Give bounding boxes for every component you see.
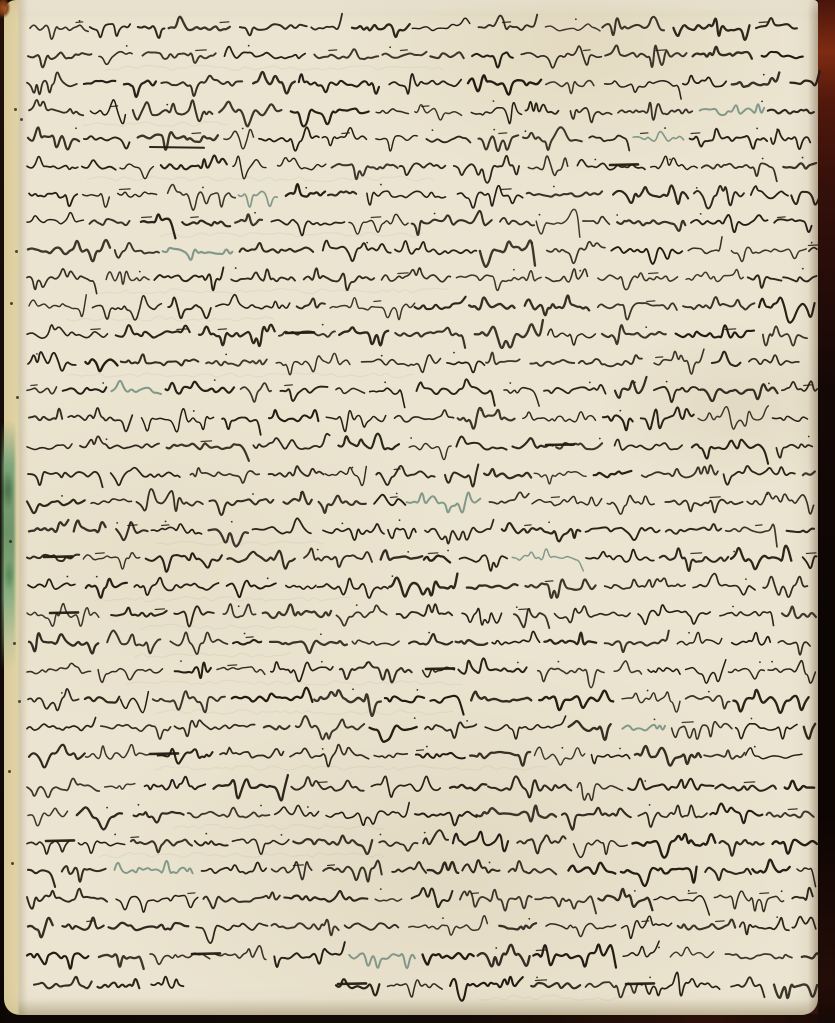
- handwriting-word-stroke: [329, 50, 337, 51]
- handwriting-word-stroke: [635, 746, 701, 765]
- handwriting-word-stroke: [84, 81, 115, 84]
- handwriting-word-stroke: [489, 492, 528, 503]
- handwriting-word-stroke: [325, 467, 366, 486]
- handwriting-word-stroke: [27, 778, 99, 797]
- handwriting-word-stroke: [27, 157, 78, 170]
- handwriting-word-stroke: [101, 725, 171, 739]
- handwriting-word-stroke: [345, 923, 399, 930]
- handwriting-word-stroke: [87, 176, 433, 181]
- handwriting-word-stroke: [340, 662, 412, 682]
- ink-dot: [649, 804, 651, 806]
- handwriting-word-stroke: [142, 217, 152, 218]
- handwriting-word-stroke: [196, 923, 267, 943]
- handwriting-word-stroke: [275, 805, 319, 816]
- ink-dot: [808, 436, 810, 438]
- ink-dot: [802, 268, 804, 270]
- ink-dot: [811, 242, 813, 244]
- handwriting-word-stroke: [214, 775, 288, 800]
- handwriting-word-stroke: [749, 355, 799, 365]
- handwriting-word-stroke: [246, 637, 253, 638]
- handwriting-word-stroke: [656, 50, 667, 51]
- handwriting-word-stroke: [548, 329, 596, 345]
- handwriting-word-stroke: [614, 661, 641, 674]
- handwriting-word-stroke: [615, 440, 683, 450]
- handwriting-word-stroke: [472, 52, 513, 67]
- handwriting-word-stroke: [29, 745, 85, 768]
- handwriting-word-stroke: [536, 950, 546, 951]
- handwriting-word-stroke: [276, 353, 350, 374]
- handwriting-line: [28, 803, 814, 830]
- handwriting-word-stroke: [100, 853, 383, 858]
- handwriting-word-stroke: [336, 388, 365, 393]
- handwriting-word-stroke: [50, 612, 78, 613]
- ink-dot: [352, 467, 354, 469]
- ink-dot: [235, 267, 237, 269]
- handwriting-word-stroke: [175, 663, 211, 678]
- handwriting-word-stroke: [121, 692, 149, 713]
- ink-dot: [281, 834, 283, 836]
- handwriting-word-stroke: [693, 574, 755, 595]
- ink-dot: [669, 158, 671, 160]
- handwriting-word-stroke: [618, 103, 692, 120]
- handwriting-word-stroke: [28, 472, 103, 487]
- handwriting-word-stroke: [716, 921, 725, 922]
- handwriting-word-stroke: [763, 326, 807, 345]
- handwriting-word-stroke: [376, 109, 408, 114]
- handwriting-word-stroke: [470, 752, 530, 766]
- handwriting-word-stroke: [240, 243, 314, 253]
- ink-dot: [380, 184, 382, 186]
- handwriting-word-stroke: [724, 466, 795, 485]
- handwriting-word-stroke: [417, 379, 495, 405]
- handwriting-word-stroke: [690, 129, 768, 149]
- handwriting-word-stroke: [517, 835, 565, 853]
- handwriting-word-stroke: [651, 156, 698, 169]
- ink-dot: [79, 20, 81, 22]
- handwriting-word-stroke: [736, 724, 797, 739]
- handwriting-word-stroke: [323, 861, 381, 882]
- handwriting-word-stroke: [603, 415, 633, 430]
- handwriting-word-stroke: [77, 807, 122, 829]
- ink-dot: [244, 633, 246, 635]
- handwriting-word-stroke: [389, 574, 457, 597]
- handwriting-word-stroke: [523, 127, 582, 150]
- ink-dot: [664, 127, 666, 129]
- handwriting-word-stroke: [381, 550, 423, 559]
- ink-dot: [531, 242, 533, 244]
- ink-dot: [389, 46, 391, 48]
- handwriting-word-stroke: [545, 581, 553, 582]
- handwriting-word-stroke: [85, 359, 117, 371]
- handwriting-word-stroke: [778, 641, 810, 655]
- handwriting-word-stroke: [218, 329, 226, 330]
- ink-dot: [428, 632, 430, 634]
- handwriting-word-stroke: [177, 329, 188, 330]
- handwriting-word-stroke: [610, 164, 638, 165]
- handwriting-word-stroke: [388, 980, 443, 997]
- handwriting-word-stroke: [686, 660, 726, 683]
- handwriting-word-stroke: [158, 749, 213, 764]
- handwriting-word-stroke: [594, 471, 632, 477]
- handwriting-word-stroke: [570, 108, 611, 123]
- handwriting-word-stroke: [379, 841, 417, 851]
- handwriting-line: [28, 127, 810, 151]
- handwriting-word-stroke: [269, 466, 324, 476]
- ink-dot: [658, 947, 660, 949]
- handwriting-word-stroke: [691, 215, 768, 232]
- handwriting-word-stroke: [371, 217, 381, 218]
- handwriting-word-stroke: [28, 870, 55, 887]
- handwriting-word-stroke: [27, 444, 72, 450]
- handwriting-word-stroke: [783, 276, 816, 281]
- handwriting-word-stroke: [534, 472, 586, 484]
- handwriting-word-stroke: [486, 352, 520, 364]
- handwriting-word-stroke: [395, 410, 454, 422]
- handwriting-line: [29, 184, 819, 210]
- handwriting-word-stroke: [74, 520, 106, 532]
- handwriting-word-stroke: [134, 812, 184, 822]
- handwriting-word-stroke: [714, 891, 783, 911]
- handwriting-word-stroke: [423, 953, 474, 964]
- ink-dot: [61, 692, 63, 694]
- handwriting-word-stroke: [502, 523, 581, 541]
- handwriting-word-stroke: [28, 689, 79, 710]
- handwriting-word-stroke: [168, 297, 211, 318]
- handwriting-word-stroke: [562, 808, 631, 830]
- handwriting-word-stroke: [488, 776, 571, 797]
- handwriting-word-stroke: [216, 295, 290, 309]
- handwriting-word-stroke: [613, 186, 688, 204]
- handwriting-word-stroke: [199, 325, 275, 346]
- handwriting-word-stroke: [551, 497, 559, 498]
- handwriting-word-stroke: [602, 325, 666, 344]
- handwriting-word-stroke: [68, 373, 414, 378]
- handwriting-word-stroke: [460, 890, 532, 911]
- handwriting-word-stroke: [154, 267, 223, 290]
- handwriting-word-stroke: [710, 497, 720, 498]
- handwriting-word-stroke: [731, 977, 764, 997]
- ink-dot: [776, 128, 778, 130]
- handwriting-word-stroke: [62, 918, 103, 930]
- handwriting-word-stroke: [584, 50, 591, 51]
- handwriting-word-stroke: [128, 525, 137, 526]
- handwriting-word-stroke: [412, 888, 453, 907]
- handwriting-word-stroke: [231, 269, 295, 281]
- handwriting-word-stroke: [513, 438, 553, 448]
- handwriting-word-stroke: [589, 136, 629, 151]
- handwriting-word-stroke: [704, 750, 744, 759]
- handwriting-word-stroke: [409, 443, 451, 459]
- ink-dot: [242, 128, 244, 130]
- handwriting-word-stroke: [150, 147, 204, 148]
- handwriting-word-stroke: [389, 74, 461, 94]
- handwriting-word-stroke: [134, 578, 218, 595]
- ink-dot: [649, 976, 651, 978]
- ink-dot: [700, 213, 702, 215]
- handwriting-word-stroke: [190, 468, 259, 483]
- handwriting-word-stroke: [678, 920, 736, 930]
- handwriting-word-stroke: [27, 889, 107, 909]
- handwriting-line: [27, 941, 819, 969]
- handwriting-word-stroke: [133, 100, 213, 121]
- handwriting-word-stroke: [682, 722, 693, 723]
- handwriting-word-stroke: [27, 213, 83, 224]
- ink-dot: [634, 890, 636, 892]
- ink-dot: [525, 130, 527, 132]
- handwriting-line: [28, 45, 803, 71]
- ink-dot: [238, 605, 240, 607]
- handwriting-word-stroke: [512, 549, 583, 571]
- handwriting-line: [27, 209, 812, 238]
- handwriting-word-stroke: [376, 466, 434, 485]
- handwriting-word-stroke: [87, 921, 94, 922]
- handwriting-word-stroke: [326, 803, 409, 826]
- ink-dot: [696, 187, 698, 189]
- handwriting-line: [29, 631, 810, 658]
- handwriting-word-stroke: [447, 361, 485, 372]
- handwriting-line: [27, 604, 816, 630]
- handwriting-word-stroke: [519, 609, 530, 610]
- handwriting-word-stroke: [622, 916, 672, 938]
- handwriting-word-stroke: [756, 525, 762, 526]
- ink-speck: [14, 108, 17, 111]
- handwriting-line: [27, 156, 816, 183]
- handwriting-word-stroke: [284, 492, 312, 505]
- handwriting-word-stroke: [460, 555, 508, 571]
- handwriting-word-stroke: [34, 977, 92, 988]
- handwriting-word-stroke: [142, 409, 214, 432]
- handwriting-word-stroke: [725, 329, 735, 330]
- handwriting-word-stroke: [206, 360, 267, 366]
- handwriting-word-stroke: [233, 156, 266, 179]
- ink-dot: [180, 660, 182, 662]
- handwriting-word-stroke: [120, 164, 153, 179]
- handwriting-word-stroke: [530, 360, 574, 366]
- handwriting-word-stroke: [654, 387, 699, 402]
- handwriting-word-stroke: [145, 777, 206, 790]
- ink-dot: [754, 746, 756, 748]
- handwriting-word-stroke: [514, 609, 549, 628]
- handwriting-word-stroke: [28, 52, 91, 67]
- ink-dot: [599, 438, 601, 440]
- handwriting-word-stroke: [579, 355, 642, 366]
- handwriting-word-stroke: [462, 860, 499, 872]
- handwriting-word-stroke: [450, 784, 486, 790]
- handwriting-word-stroke: [478, 135, 518, 151]
- handwriting-word-stroke: [31, 385, 37, 386]
- handwriting-word-stroke: [376, 136, 418, 151]
- handwriting-word-stroke: [227, 581, 276, 598]
- handwriting-word-stroke: [504, 388, 539, 407]
- handwriting-word-stroke: [569, 721, 611, 740]
- handwriting-word-stroke: [131, 837, 139, 838]
- handwriting-word-stroke: [544, 633, 596, 645]
- ink-dot: [802, 157, 804, 159]
- handwriting-word-stroke: [284, 891, 367, 902]
- handwriting-word-stroke: [112, 106, 118, 107]
- handwriting-word-stroke: [86, 579, 127, 598]
- handwriting-word-stroke: [29, 100, 83, 115]
- handwriting-word-stroke: [296, 716, 364, 739]
- handwriting-word-stroke: [96, 553, 105, 554]
- ink-dot: [466, 720, 468, 722]
- handwriting-word-stroke: [412, 211, 492, 235]
- handwriting-word-stroke: [648, 668, 680, 674]
- handwriting-word-stroke: [349, 953, 415, 968]
- handwriting-word-stroke: [278, 158, 326, 170]
- handwriting-word-stroke: [342, 133, 350, 134]
- handwriting-word-stroke: [370, 726, 417, 742]
- handwriting-word-stroke: [477, 806, 556, 822]
- handwriting-word-stroke: [166, 382, 234, 394]
- handwriting-word-stroke: [654, 349, 704, 374]
- handwriting-word-stroke: [568, 863, 615, 874]
- ink-dot: [231, 521, 233, 523]
- handwriting-word-stroke: [385, 696, 424, 702]
- ink-dot: [575, 18, 577, 20]
- handwriting-word-stroke: [546, 269, 588, 282]
- handwriting-word-stroke: [401, 50, 408, 51]
- handwriting-word-stroke: [638, 605, 710, 624]
- handwriting-word-stroke: [768, 661, 815, 683]
- handwriting-word-stroke: [733, 690, 808, 713]
- handwriting-word-stroke: [111, 381, 161, 394]
- ink-dot: [634, 381, 636, 383]
- ink-dot: [528, 918, 530, 920]
- handwriting-word-stroke: [450, 977, 523, 1001]
- handwriting-word-stroke: [109, 923, 189, 930]
- ink-dot: [761, 100, 763, 102]
- handwriting-word-stroke: [531, 983, 580, 988]
- handwriting-word-stroke: [83, 122, 228, 127]
- handwriting-word-stroke: [82, 160, 116, 170]
- ink-dot: [763, 74, 765, 76]
- handwriting-word-stroke: [509, 861, 557, 874]
- handwriting-line: [28, 349, 799, 377]
- handwriting-word-stroke: [270, 641, 347, 653]
- handwriting-word-stroke: [398, 273, 408, 274]
- handwriting-word-stroke: [415, 812, 477, 826]
- handwriting-word-stroke: [160, 232, 422, 237]
- ink-dot: [36, 353, 38, 355]
- handwriting-word-stroke: [782, 381, 817, 391]
- ink-dot: [759, 661, 761, 663]
- ink-dot: [252, 493, 254, 495]
- handwriting-word-stroke: [135, 652, 290, 657]
- handwriting-word-stroke: [771, 130, 811, 150]
- handwriting-word-stroke: [371, 776, 440, 797]
- handwriting-word-stroke: [27, 269, 97, 294]
- handwriting-word-stroke: [91, 329, 100, 330]
- handwriting-word-stroke: [726, 524, 777, 546]
- handwriting-word-stroke: [169, 17, 230, 31]
- handwriting-word-stroke: [269, 410, 318, 421]
- handwriting-word-stroke: [782, 607, 816, 618]
- handwriting-word-stroke: [694, 186, 744, 209]
- handwriting-word-stroke: [232, 688, 313, 702]
- handwriting-word-stroke: [425, 722, 476, 738]
- handwriting-word-stroke: [532, 496, 602, 505]
- handwriting-word-stroke: [409, 916, 488, 935]
- handwriting-line: [27, 775, 814, 800]
- handwriting-word-stroke: [797, 868, 816, 887]
- ink-dot: [579, 270, 581, 272]
- handwriting-word-stroke: [776, 444, 812, 458]
- handwriting-word-stroke: [91, 499, 131, 504]
- ink-dot: [632, 549, 634, 551]
- ink-dot: [768, 382, 770, 384]
- ink-dot: [205, 833, 207, 835]
- handwriting-word-stroke: [458, 186, 523, 208]
- ink-dot: [553, 186, 555, 188]
- handwriting-word-stroke: [28, 127, 79, 149]
- handwriting-line: [28, 688, 809, 716]
- handwriting-word-stroke: [188, 893, 195, 894]
- handwriting-word-stroke: [235, 214, 262, 225]
- ink-dot: [106, 807, 108, 809]
- ink-dot: [380, 888, 382, 890]
- handwriting-word-stroke: [162, 525, 169, 526]
- handwriting-word-stroke: [297, 299, 325, 309]
- handwriting-word-stroke: [29, 520, 68, 532]
- ink-speck: [16, 396, 19, 399]
- handwriting-word-stroke: [263, 605, 331, 618]
- handwriting-word-stroke: [471, 692, 531, 702]
- ink-dot: [616, 214, 618, 216]
- ink-dot: [561, 747, 563, 749]
- handwriting-word-stroke: [792, 917, 816, 929]
- handwriting-word-stroke: [318, 782, 327, 783]
- ink-dot: [493, 129, 495, 131]
- handwriting-word-stroke: [195, 841, 228, 846]
- handwriting-word-stroke: [744, 782, 754, 783]
- handwriting-word-stroke: [598, 303, 677, 320]
- handwriting-word-stroke: [686, 270, 743, 282]
- handwriting-word-stroke: [499, 133, 507, 134]
- ink-dot: [756, 128, 758, 130]
- handwriting-word-stroke: [95, 597, 350, 602]
- handwriting-word-stroke: [191, 217, 198, 218]
- handwriting-word-stroke: [27, 718, 96, 731]
- handwriting-word-stroke: [228, 551, 295, 569]
- ink-dot: [442, 917, 444, 919]
- handwriting-word-stroke: [424, 556, 450, 563]
- ink-dot: [102, 382, 104, 384]
- handwriting-word-stroke: [155, 609, 164, 610]
- handwriting-word-stroke: [642, 921, 649, 922]
- handwriting-word-stroke: [642, 465, 718, 477]
- handwriting-word-stroke: [90, 100, 125, 124]
- handwriting-word-stroke: [611, 247, 682, 264]
- handwriting-word-stroke: [649, 273, 658, 274]
- handwriting-word-stroke: [683, 76, 726, 87]
- ink-dot: [594, 159, 596, 161]
- ink-dot: [366, 662, 368, 664]
- ink-dot: [419, 268, 421, 270]
- ink-dot: [410, 437, 412, 439]
- handwriting-word-stroke: [499, 923, 536, 929]
- ink-speck: [20, 118, 23, 121]
- handwriting-word-stroke: [803, 472, 815, 476]
- handwriting-word-stroke: [453, 832, 508, 852]
- handwriting-word-stroke: [392, 862, 426, 873]
- handwriting-word-stroke: [141, 214, 176, 238]
- handwriting-word-stroke: [646, 972, 720, 995]
- handwriting-word-stroke: [804, 385, 812, 386]
- ink-dot: [391, 575, 393, 577]
- handwriting-word-stroke: [417, 750, 424, 751]
- handwriting-word-stroke: [304, 548, 372, 567]
